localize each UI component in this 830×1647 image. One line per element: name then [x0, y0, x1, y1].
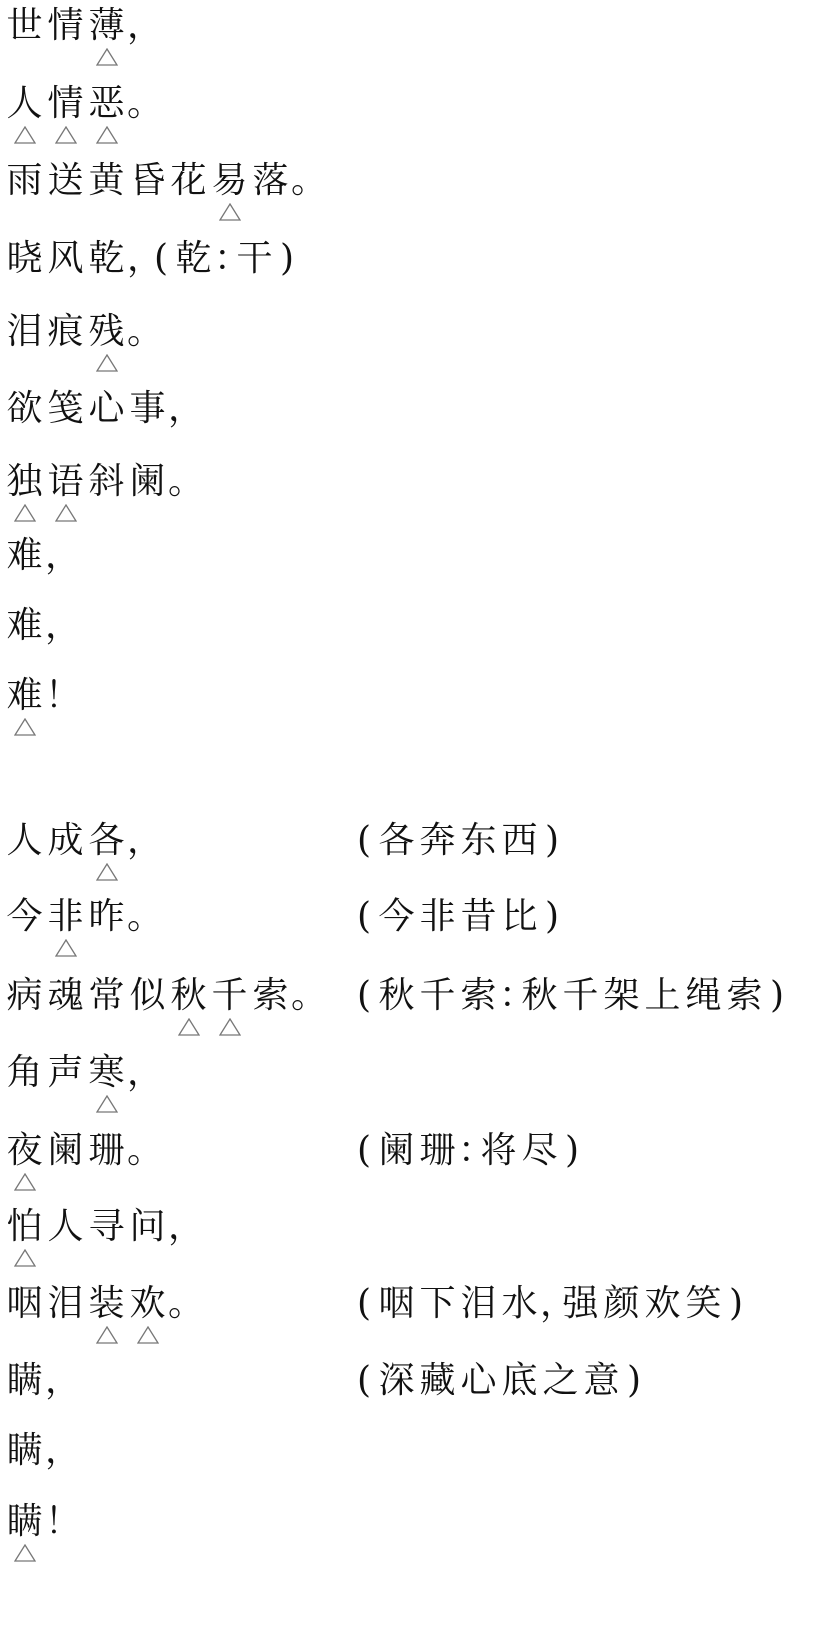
note-character: 强: [560, 1284, 601, 1328]
poem-line: 病魂常似秋千索。: [4, 976, 321, 1020]
note-character: ：: [458, 1131, 478, 1175]
poem-character: 人: [4, 84, 45, 124]
note-character: 水: [499, 1284, 540, 1328]
punctuation: ，: [45, 1431, 75, 1471]
poem-character: 阑: [45, 1131, 86, 1171]
poem-character: 常: [86, 976, 127, 1016]
note-character: 藏: [417, 1361, 458, 1405]
note-character: (: [352, 1284, 376, 1328]
poem-line: 独语斜阑。: [4, 462, 198, 506]
poem-line: 人情恶。: [4, 84, 157, 128]
note-character: ): [724, 1284, 748, 1328]
punctuation: ，: [45, 1361, 75, 1401]
poem-character: 瞒: [4, 1431, 45, 1471]
note-character: 东: [458, 821, 499, 865]
poem-character: 怕: [4, 1207, 45, 1247]
note-character: ): [622, 1361, 646, 1405]
poem-character: 寻: [86, 1207, 127, 1247]
poem-character: 难: [4, 606, 45, 646]
punctuation: 。: [127, 1131, 157, 1171]
note-character: (: [352, 897, 376, 941]
poem-character: 阑: [127, 462, 168, 502]
note-character: ): [560, 1131, 584, 1175]
poem-character: 千: [209, 976, 250, 1016]
poem-line: 难！: [4, 676, 75, 720]
note-character: (: [352, 821, 376, 865]
poem-character: 瞒: [4, 1502, 45, 1542]
poem-character: 角: [4, 1053, 45, 1093]
note-character: 珊: [417, 1131, 458, 1175]
poem-line: 今非昨。: [4, 897, 157, 941]
poem-character: 珊: [86, 1131, 127, 1171]
poem-character: 问: [127, 1207, 168, 1247]
poem-character: 斜: [86, 462, 127, 502]
punctuation: 。: [168, 462, 198, 502]
poem-character: 难: [4, 536, 45, 576]
note-character: ): [540, 821, 564, 865]
poem-character: 魂: [45, 976, 86, 1016]
note-character: 今: [376, 897, 417, 941]
note-character: ): [540, 897, 564, 941]
poem-character: 黄: [86, 161, 127, 201]
poem-character: 情: [45, 6, 86, 46]
note-character: 架: [601, 976, 642, 1020]
poem-character: 各: [86, 821, 127, 861]
punctuation: 。: [127, 84, 157, 124]
poem-line: 夜阑珊。: [4, 1131, 157, 1175]
punctuation: ，: [168, 389, 198, 429]
poem-character: 语: [45, 462, 86, 502]
poem-character: 残: [86, 312, 127, 352]
punctuation: 。: [127, 897, 157, 937]
poem-character: 欢: [127, 1284, 168, 1324]
poem-line: 瞒！: [4, 1502, 75, 1546]
poem-line: 欲笺心事，: [4, 389, 198, 433]
poem-character: 薄: [86, 6, 127, 46]
note-character: 底: [499, 1361, 540, 1405]
note-character: 昔: [458, 897, 499, 941]
note-character: (: [352, 1361, 376, 1405]
poem-line: 怕人寻问，: [4, 1207, 198, 1251]
poem-character: 晓: [4, 239, 45, 279]
note-character: ，: [540, 1284, 560, 1328]
note-character: 尽: [519, 1131, 560, 1175]
poem-character: 泪: [4, 312, 45, 352]
punctuation: 。: [168, 1284, 198, 1324]
note-character: (: [352, 1131, 376, 1175]
annotation-note: (咽下泪水，强颜欢笑): [352, 1284, 748, 1328]
poem-character: 非: [45, 897, 86, 937]
note-character: 欢: [642, 1284, 683, 1328]
poem-character: 痕: [45, 312, 86, 352]
poem-character: 风: [45, 239, 86, 279]
poem-character: 秋: [168, 976, 209, 1016]
poem-character: 独: [4, 462, 45, 502]
poem-character: 落: [250, 161, 291, 201]
punctuation: ，: [127, 1053, 157, 1093]
punctuation: ，: [127, 821, 157, 861]
note-character: 千: [560, 976, 601, 1020]
poem-character: 装: [86, 1284, 127, 1324]
note-character: 秋: [519, 976, 560, 1020]
poem-line: 咽泪装欢。: [4, 1284, 198, 1328]
poem-character: 花: [168, 161, 209, 201]
annotation-note: (乾：干): [149, 239, 299, 283]
punctuation: ，: [45, 536, 75, 576]
poem-character: 昏: [127, 161, 168, 201]
poem-character: 难: [4, 676, 45, 716]
poem-character: 泪: [45, 1284, 86, 1324]
poem-line: 瞒，: [4, 1431, 75, 1475]
poem-line: 人成各，: [4, 821, 157, 865]
poem-character: 雨: [4, 161, 45, 201]
poem-line: 难，: [4, 606, 75, 650]
note-character: 千: [417, 976, 458, 1020]
punctuation: ，: [127, 6, 157, 46]
note-character: ：: [499, 976, 519, 1020]
note-character: 乾: [173, 239, 214, 283]
poem-character: 笺: [45, 389, 86, 429]
annotation-note: (深藏心底之意): [352, 1361, 646, 1405]
note-character: 干: [234, 239, 275, 283]
punctuation: 。: [127, 312, 157, 352]
poem-line: 世情薄，: [4, 6, 157, 50]
punctuation: ，: [168, 1207, 198, 1247]
poem-character: 昨: [86, 897, 127, 937]
note-character: 上: [642, 976, 683, 1020]
annotation-note: (各奔东西): [352, 821, 564, 865]
poem-character: 声: [45, 1053, 86, 1093]
poem-character: 似: [127, 976, 168, 1016]
note-character: ): [275, 239, 299, 283]
poem-character: 情: [45, 84, 86, 124]
poem-character: 乾: [86, 239, 127, 279]
note-character: 西: [499, 821, 540, 865]
poem-line: 瞒，: [4, 1361, 75, 1405]
poem-character: 恶: [86, 84, 127, 124]
annotation-note: (秋千索：秋千架上绳索): [352, 976, 789, 1020]
note-character: 深: [376, 1361, 417, 1405]
poem-character: 今: [4, 897, 45, 937]
note-character: 将: [478, 1131, 519, 1175]
note-character: 非: [417, 897, 458, 941]
note-character: ：: [214, 239, 234, 283]
poem-character: 事: [127, 389, 168, 429]
poem-character: 索: [250, 976, 291, 1016]
poem-line: 难，: [4, 536, 75, 580]
poem-line: 雨送黄昏花易落。: [4, 161, 321, 205]
note-character: (: [352, 976, 376, 1020]
note-character: 泪: [458, 1284, 499, 1328]
punctuation: ！: [45, 676, 75, 716]
note-character: 咽: [376, 1284, 417, 1328]
note-character: 意: [581, 1361, 622, 1405]
poem-character: 夜: [4, 1131, 45, 1171]
poem-character: 送: [45, 161, 86, 201]
note-character: 索: [458, 976, 499, 1020]
poem-character: 瞒: [4, 1361, 45, 1401]
punctuation: ！: [45, 1502, 75, 1542]
poem-character: 欲: [4, 389, 45, 429]
note-character: 秋: [376, 976, 417, 1020]
punctuation: ，: [45, 606, 75, 646]
note-character: 之: [540, 1361, 581, 1405]
poem-character: 易: [209, 161, 250, 201]
note-character: 笑: [683, 1284, 724, 1328]
poem-character: 病: [4, 976, 45, 1016]
poem-character: 人: [45, 1207, 86, 1247]
punctuation: 。: [291, 161, 321, 201]
annotation-note: (阑珊：将尽): [352, 1131, 584, 1175]
note-character: 下: [417, 1284, 458, 1328]
note-character: 绳: [683, 976, 724, 1020]
poem-character: 世: [4, 6, 45, 46]
poem-character: 成: [45, 821, 86, 861]
note-character: 阑: [376, 1131, 417, 1175]
note-character: 各: [376, 821, 417, 865]
note-character: ): [765, 976, 789, 1020]
note-character: (: [149, 239, 173, 283]
poem-character: 寒: [86, 1053, 127, 1093]
poem-line: 角声寒，: [4, 1053, 157, 1097]
note-character: 颜: [601, 1284, 642, 1328]
poem-character: 心: [86, 389, 127, 429]
note-character: 心: [458, 1361, 499, 1405]
annotation-note: (今非昔比): [352, 897, 564, 941]
poem-line: 晓风乾，: [4, 239, 157, 283]
poem-character: 人: [4, 821, 45, 861]
note-character: 奔: [417, 821, 458, 865]
note-character: 比: [499, 897, 540, 941]
note-character: 索: [724, 976, 765, 1020]
punctuation: 。: [291, 976, 321, 1016]
poem-line: 泪痕残。: [4, 312, 157, 356]
poem-character: 咽: [4, 1284, 45, 1324]
